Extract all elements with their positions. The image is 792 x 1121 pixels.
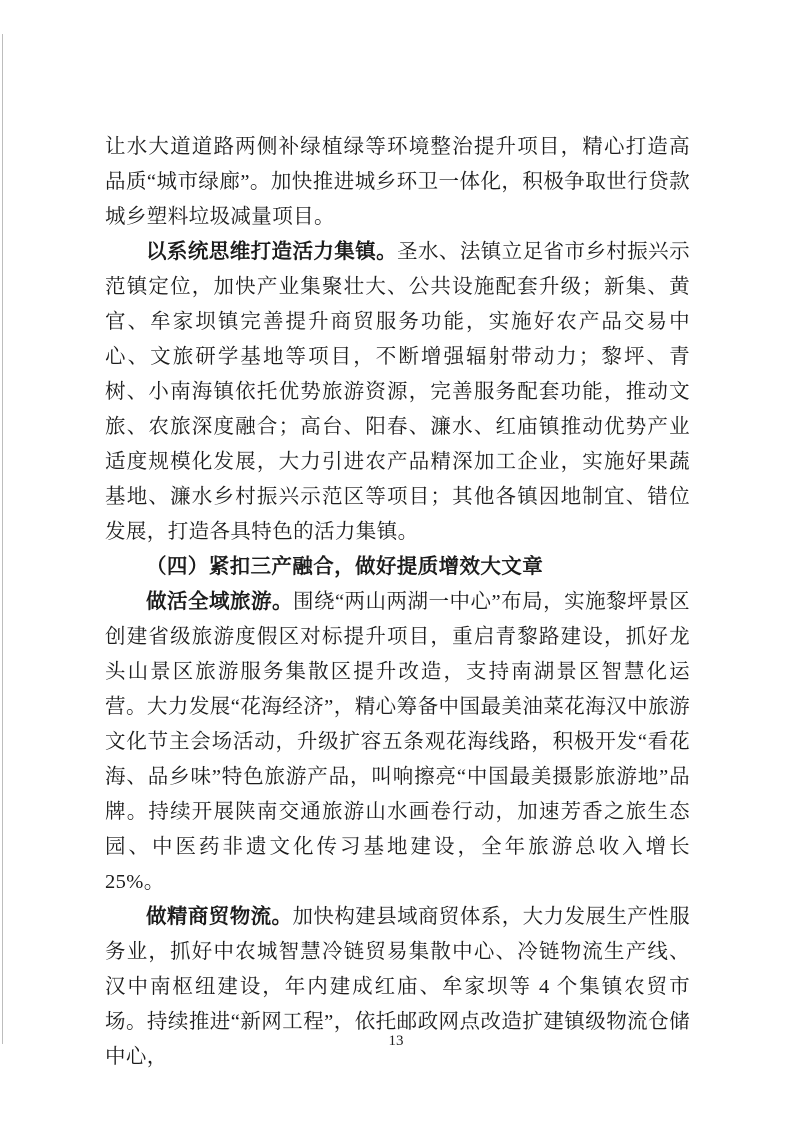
paragraph: 让水大道道路两侧补绿植绿等环境整治提升项目，精心打造高品质“城市绿廊”。加快推进… bbox=[105, 130, 690, 235]
scan-edge-line bbox=[2, 34, 3, 1044]
section-heading: （四）紧扣三产融合，做好提质增效大文章 bbox=[105, 550, 690, 585]
document-page: 让水大道道路两侧补绿植绿等环境整治提升项目，精心打造高品质“城市绿廊”。加快推进… bbox=[0, 0, 792, 1121]
paragraph-text: 围绕“两山两湖一中心”布局，实施黎坪景区创建省级旅游度假区对标提升项目，重启青黎… bbox=[105, 591, 690, 893]
paragraph-text: 让水大道道路两侧补绿植绿等环境整治提升项目，精心打造高品质“城市绿廊”。加快推进… bbox=[105, 136, 690, 228]
paragraph: 做活全域旅游。围绕“两山两湖一中心”布局，实施黎坪景区创建省级旅游度假区对标提升… bbox=[105, 585, 690, 900]
paragraph-text: 圣水、法镇立足省市乡村振兴示范镇定位，加快产业集聚壮大、公共设施配套升级；新集、… bbox=[105, 241, 690, 543]
page-content: 让水大道道路两侧补绿植绿等环境整治提升项目，精心打造高品质“城市绿廊”。加快推进… bbox=[105, 130, 690, 1075]
page-number: 13 bbox=[0, 1032, 792, 1050]
paragraph-lead: 做活全域旅游。 bbox=[146, 591, 293, 613]
section-heading-text: （四）紧扣三产融合，做好提质增效大文章 bbox=[146, 556, 543, 578]
paragraph: 以系统思维打造活力集镇。圣水、法镇立足省市乡村振兴示范镇定位，加快产业集聚壮大、… bbox=[105, 235, 690, 550]
paragraph-lead: 以系统思维打造活力集镇。 bbox=[146, 241, 397, 263]
paragraph-lead: 做精商贸物流。 bbox=[146, 906, 292, 928]
